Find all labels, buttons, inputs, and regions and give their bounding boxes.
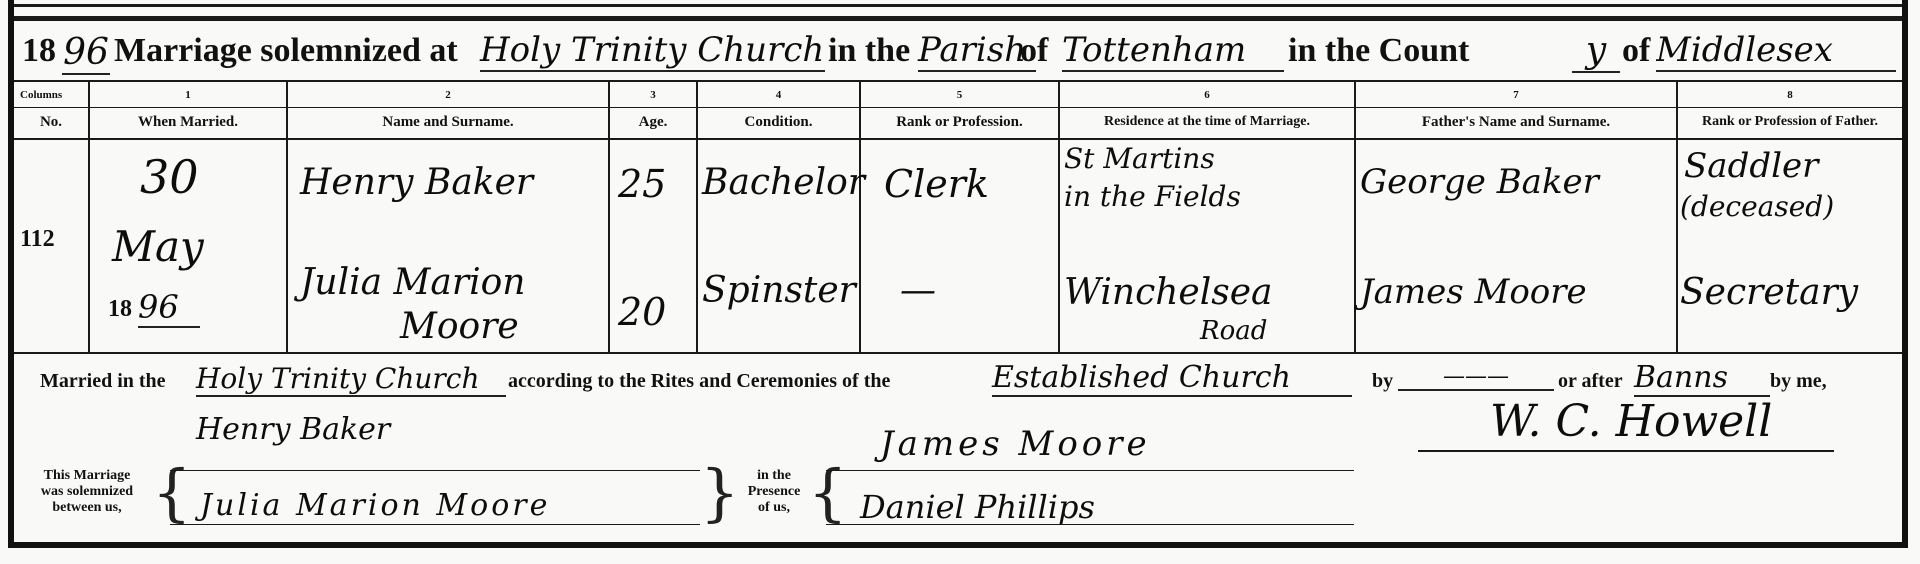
footer-or-after-value: Banns — [1634, 360, 1770, 397]
columns-label: Columns — [14, 89, 94, 101]
groom-residence-line2: in the Fields — [1064, 180, 1241, 213]
entry-number: 112 — [20, 226, 55, 253]
footer-by-value: ——— — [1398, 364, 1554, 391]
title-parish: Tottenham — [1062, 30, 1284, 72]
entry-year-suffix: 96 — [138, 288, 200, 328]
col-header-father-rank: Rank or Profession of Father. — [1678, 114, 1902, 130]
col-number-7: 7 — [1356, 89, 1676, 101]
officiant-signature: W. C. Howell — [1490, 396, 1772, 447]
top-rule-1 — [14, 4, 1902, 7]
title-church: Holy Trinity Church — [480, 30, 825, 72]
header-mid-rule — [14, 107, 1902, 108]
solemnized-between-label: This Marriage was solemnized between us, — [22, 468, 152, 516]
col-header-rank: Rank or Profession. — [861, 114, 1058, 131]
col-number-3: 3 — [610, 89, 696, 101]
col-number-4: 4 — [698, 89, 859, 101]
bride-signature: Julia Marion Moore — [200, 488, 550, 523]
footer-by-label: by — [1372, 370, 1393, 393]
footer-married-in-label: Married in the — [40, 370, 166, 393]
col-header-age: Age. — [610, 114, 696, 131]
bride-name-line1: Julia Marion — [300, 262, 525, 303]
col-number-8: 8 — [1678, 89, 1902, 101]
marriage-register-page: 18 96 Marriage solemnized at Holy Trinit… — [0, 0, 1920, 564]
header-bottom-rule — [14, 138, 1902, 140]
bride-condition: Spinster — [702, 270, 856, 311]
col-header-residence: Residence at the time of Marriage. — [1060, 114, 1354, 130]
title-county: Middlesex — [1656, 30, 1896, 72]
groom-father-deceased: (deceased) — [1680, 190, 1834, 223]
groom-condition: Bachelor — [702, 162, 865, 203]
col-number-5: 5 — [861, 89, 1058, 101]
bride-profession: — — [900, 270, 936, 311]
frame-border-bottom — [8, 542, 1908, 548]
col-header-when-married: When Married. — [90, 114, 286, 131]
title-county-label: in the Count — [1288, 32, 1469, 70]
witness-2-signature: Daniel Phillips — [860, 488, 1095, 526]
col-header-father-name: Father's Name and Surname. — [1356, 114, 1676, 131]
bride-father-name: James Moore — [1360, 272, 1587, 312]
presence-brace-icon: { — [808, 462, 847, 524]
title-of-label: of — [1020, 32, 1048, 70]
title-year-prefix: 18 — [22, 32, 56, 70]
col-header-name: Name and Surname. — [288, 114, 608, 131]
title-district-type: Parish — [918, 30, 1036, 72]
presence-label: in the Presence of us, — [734, 468, 814, 516]
witness-1-signature: James Moore — [880, 424, 1151, 464]
entry-bottom-rule — [14, 352, 1902, 354]
bride-father-profession: Secretary — [1680, 272, 1858, 313]
left-brace-icon: { — [152, 462, 191, 524]
title-in-the-label: in the — [828, 32, 910, 70]
col-number-2: 2 — [288, 89, 608, 101]
groom-age: 25 — [618, 162, 666, 206]
top-rule-2 — [14, 16, 1902, 21]
bride-residence-line2: Road — [1200, 316, 1267, 346]
bride-signature-line — [170, 524, 700, 525]
col-header-no: No. — [14, 114, 88, 131]
col-number-6: 6 — [1060, 89, 1354, 101]
groom-signature-line — [170, 470, 700, 471]
footer-by-me-label: by me, — [1770, 370, 1827, 393]
officiant-signature-line — [1418, 450, 1834, 452]
frame-border-left — [8, 0, 14, 548]
title-county-of-label: of — [1622, 32, 1650, 70]
title-solemnized-label: Marriage solemnized at — [114, 32, 458, 70]
col-header-condition: Condition. — [698, 114, 859, 131]
groom-signature: Henry Baker — [196, 412, 390, 447]
entry-day: 30 — [140, 150, 199, 204]
title-county-suffix: y — [1572, 30, 1620, 73]
footer-according-label: according to the Rites and Ceremonies of… — [508, 370, 890, 393]
groom-father-name: George Baker — [1360, 162, 1599, 202]
footer-rites: Established Church — [992, 360, 1352, 397]
entry-year-prefix: 18 — [108, 296, 132, 323]
bride-name-line2: Moore — [400, 306, 519, 347]
footer-married-in-church: Holy Trinity Church — [196, 362, 506, 397]
header-top-rule — [14, 80, 1902, 82]
footer-or-after-label: or after — [1558, 370, 1623, 393]
groom-profession: Clerk — [884, 162, 989, 206]
groom-residence-line1: St Martins — [1064, 142, 1215, 175]
bride-residence-line1: Winchelsea — [1064, 272, 1272, 313]
entry-month: May — [112, 222, 204, 271]
frame-border-right — [1902, 0, 1908, 548]
groom-father-profession: Saddler — [1684, 146, 1818, 186]
bride-age: 20 — [618, 290, 666, 334]
groom-name: Henry Baker — [300, 162, 533, 203]
title-year-suffix: 96 — [62, 32, 110, 75]
witness-1-line — [826, 470, 1354, 471]
col-number-1: 1 — [90, 89, 286, 101]
witness-2-line — [826, 524, 1354, 525]
